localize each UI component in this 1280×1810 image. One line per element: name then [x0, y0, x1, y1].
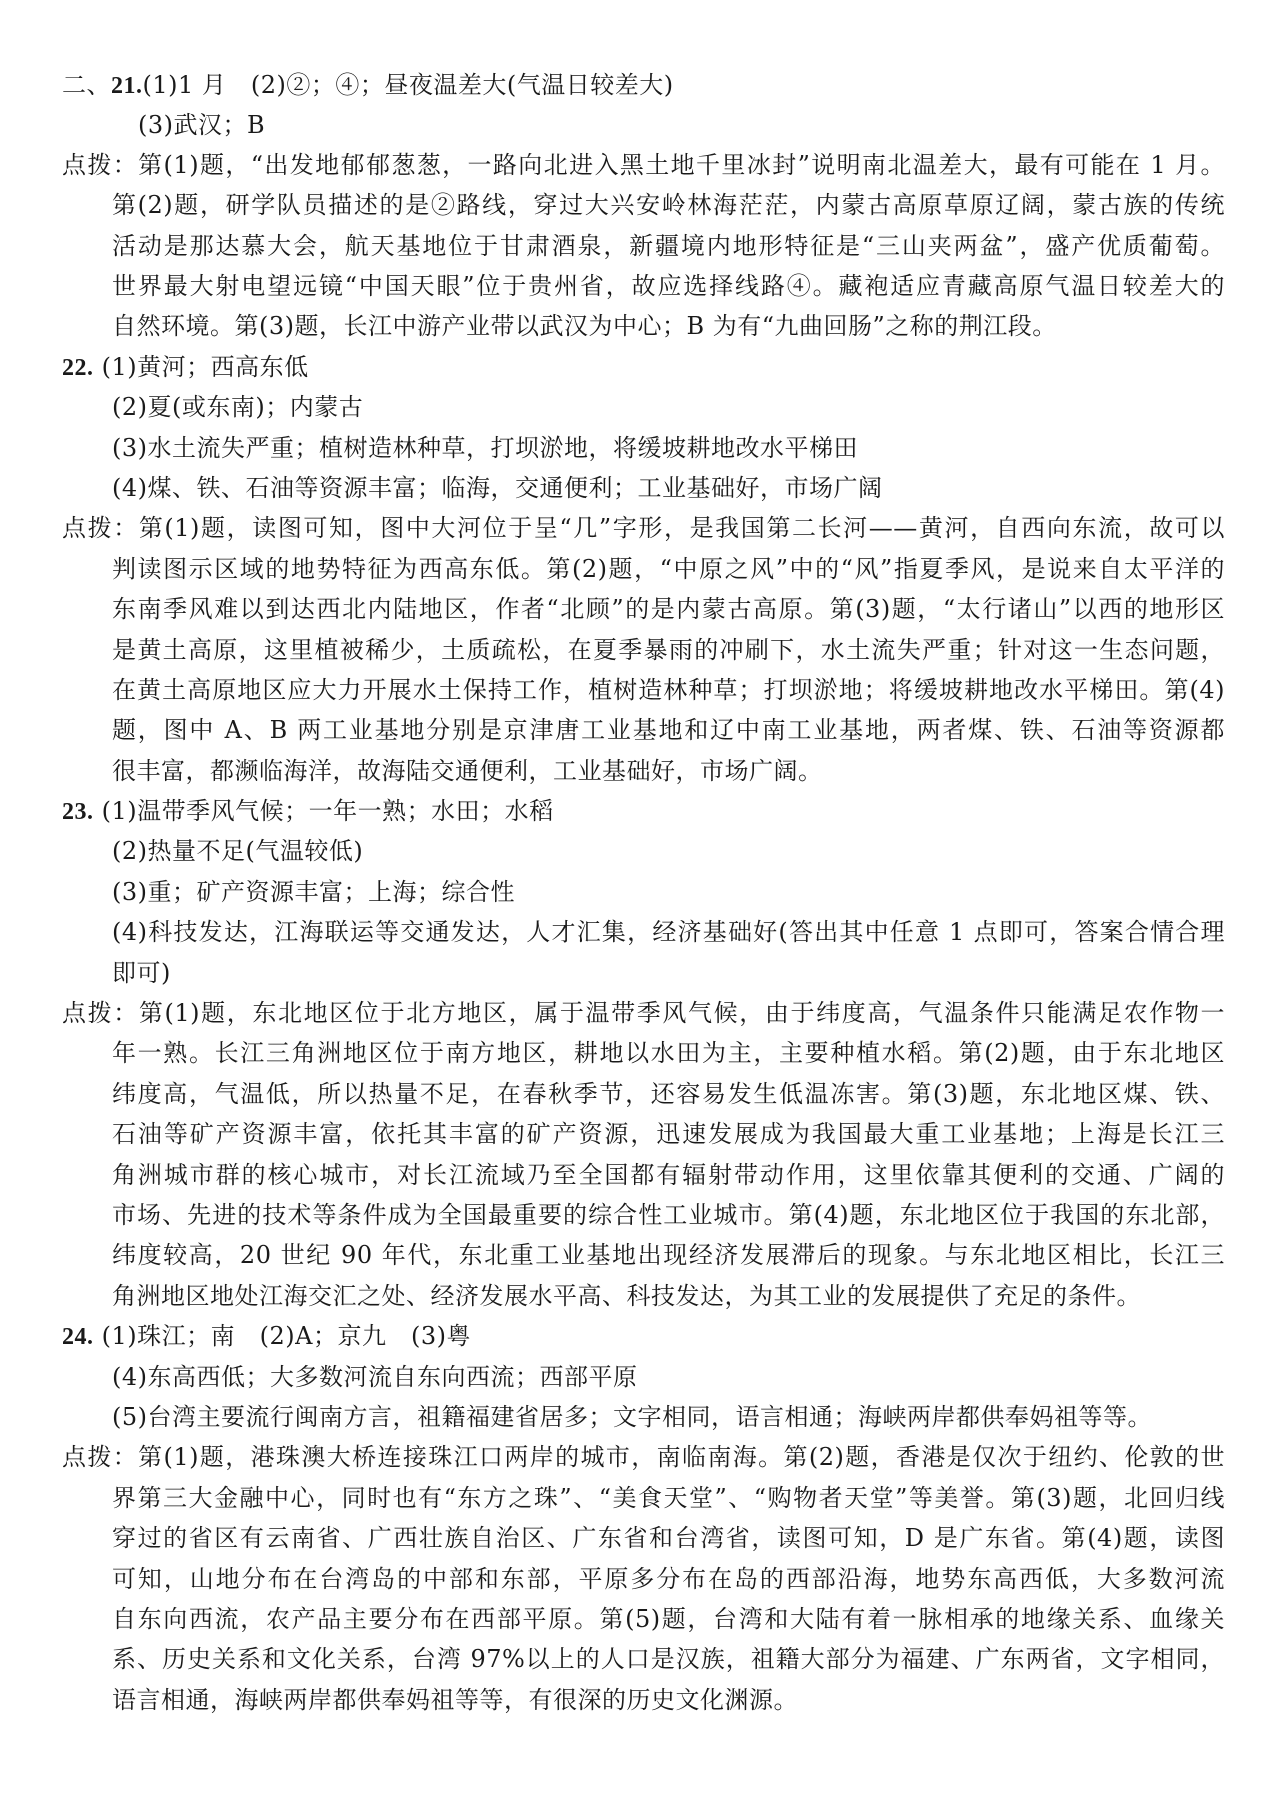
q24-comment-line-4: 可知，山地分布在台湾岛的中部和东部，平原多分布在岛的西部沿海，地势东高西低，大多… — [112, 1559, 1225, 1599]
q23-comment-line-1: 点拨：第(1)题，东北地区位于北方地区，属于温带季风气候，由于纬度高，气温条件只… — [62, 993, 1225, 1033]
q21-comment-line-4: 世界最大射电望远镜“中国天眼”位于贵州省，故应选择线路④。藏袍适应青藏高原气温日… — [112, 266, 1225, 306]
q23-comment-line-8: 角洲地区地处江海交汇之处、经济发展水平高、科技发达，为其工业的发展提供了充足的条… — [112, 1276, 1141, 1316]
q22-comment-line-1: 点拨：第(1)题，读图可知，图中大河位于呈“几”字形，是我国第二长河——黄河，自… — [62, 508, 1225, 548]
question-number: 24. — [62, 1324, 94, 1350]
q23-comment-line-5: 角洲城市群的核心城市，对长江流域乃至全国都有辐射带动作用，这里依靠其便利的交通、… — [112, 1155, 1225, 1195]
q23-comment-line-2: 年一熟。长江三角洲地区位于南方地区，耕地以水田为主，主要种植水稻。第(2)题，由… — [112, 1033, 1225, 1073]
q23-answer-line-1: 23. (1)温带季风气候；一年一熟；水田；水稻 — [62, 791, 554, 831]
q24-comment-line-7: 语言相通，海峡两岸都供奉妈祖等等，有很深的历史文化渊源。 — [112, 1680, 798, 1720]
q23-answer-line-4: (4)科技发达，江海联运等交通发达，人才汇集，经济基础好(答出其中任意 1 点即… — [112, 912, 1225, 952]
q21-comment-line-2: 第(2)题，研学队员描述的是②路线，穿过大兴安岭林海茫茫，内蒙古高原草原辽阔，蒙… — [112, 185, 1225, 225]
question-number: 21. — [111, 73, 143, 99]
q22-comment-line-2: 判读图示区域的地势特征为西高东低。第(2)题，“中原之风”中的“风”指夏季风，是… — [112, 549, 1225, 589]
q22-answer-line-1: 22. (1)黄河；西高东低 — [62, 347, 309, 387]
answer-key-page: 二、21.(1)1 月 (2)②；④；昼夜温差大(气温日较差大) (3)武汉；B… — [0, 0, 1280, 1810]
q23-answer-line-2: (2)热量不足(气温较低) — [112, 831, 363, 871]
comment-label: 点拨： — [62, 999, 139, 1027]
q21-comment-line-5: 自然环境。第(3)题，长江中游产业带以武汉为中心；B 为有“九曲回肠”之称的荆江… — [112, 306, 1057, 346]
q22-answer-line-2: (2)夏(或东南)；内蒙古 — [112, 387, 363, 427]
q22-comment-line-3: 东南季风难以到达西北内陆地区，作者“北顾”的是内蒙古高原。第(3)题，“太行诸山… — [112, 589, 1225, 629]
q23-answer-line-5: 即可) — [112, 953, 171, 993]
q23-comment-line-4: 石油等矿产资源丰富，依托其丰富的矿产资源，迅速发展成为我国最大重工业基地；上海是… — [112, 1114, 1225, 1154]
comment-label: 点拨： — [62, 514, 139, 542]
q23-answer-line-3: (3)重；矿产资源丰富；上海；综合性 — [112, 872, 515, 912]
q22-answer-line-3: (3)水土流失严重；植树造林种草，打坝淤地，将缓坡耕地改水平梯田 — [112, 428, 858, 468]
q24-answer-line-3: (5)台湾主要流行闽南方言，祖籍福建省居多；文字相同，语言相通；海峡两岸都供奉妈… — [112, 1397, 1152, 1437]
q22-answer-line-4: (4)煤、铁、石油等资源丰富；临海，交通便利；工业基础好，市场广阔 — [112, 468, 883, 508]
q24-comment-line-3: 穿过的省区有云南省、广西壮族自治区、广东省和台湾省，读图可知，D 是广东省。第(… — [112, 1518, 1225, 1558]
q24-comment-line-2: 界第三大金融中心，同时也有“东方之珠”、“美食天堂”、“购物者天堂”等美誉。第(… — [112, 1478, 1225, 1518]
section-label: 二、 — [62, 71, 111, 99]
q23-comment-line-6: 市场、先进的技术等条件成为全国最重要的综合性工业城市。第(4)题，东北地区位于我… — [112, 1195, 1225, 1235]
comment-label: 点拨： — [62, 1443, 138, 1471]
q21-answer-line-1: 二、21.(1)1 月 (2)②；④；昼夜温差大(气温日较差大) — [62, 65, 674, 105]
q24-answer-line-2: (4)东高西低；大多数河流自东向西流；西部平原 — [112, 1357, 638, 1397]
q21-comment-line-1: 点拨：第(1)题，“出发地郁郁葱葱，一路向北进入黑土地千里冰封”说明南北温差大，… — [62, 145, 1225, 185]
q22-comment-line-7: 很丰富，都濒临海洋，故海陆交通便利，工业基础好，市场广阔。 — [112, 751, 823, 791]
q22-comment-line-5: 在黄土高原地区应大力开展水土保持工作，植树造林种草；打坝淤地；将缓坡耕地改水平梯… — [112, 670, 1225, 710]
q24-comment-line-6: 系、历史关系和文化关系，台湾 97%以上的人口是汉族，祖籍大部分为福建、广东两省… — [112, 1639, 1225, 1679]
q22-comment-line-4: 是黄土高原，这里植被稀少，土质疏松，在夏季暴雨的冲刷下，水土流失严重；针对这一生… — [112, 630, 1225, 670]
q24-comment-line-5: 自东向西流，农产品主要分布在西部平原。第(5)题，台湾和大陆有着一脉相承的地缘关… — [112, 1599, 1225, 1639]
comment-label: 点拨： — [62, 151, 138, 179]
q23-comment-line-7: 纬度较高，20 世纪 90 年代，东北重工业基地出现经济发展滞后的现象。与东北地… — [112, 1235, 1225, 1275]
question-number: 23. — [62, 799, 94, 825]
q21-answer-line-2: (3)武汉；B — [138, 105, 265, 145]
q21-comment-line-3: 活动是那达慕大会，航天基地位于甘肃酒泉，新疆境内地形特征是“三山夹两盆”，盛产优… — [112, 226, 1225, 266]
q23-comment-line-3: 纬度高，气温低，所以热量不足，在春秋季节，还容易发生低温冻害。第(3)题，东北地… — [112, 1074, 1225, 1114]
q24-comment-line-1: 点拨：第(1)题，港珠澳大桥连接珠江口两岸的城市，南临南海。第(2)题，香港是仅… — [62, 1437, 1225, 1477]
q22-comment-line-6: 题，图中 A、B 两工业基地分别是京津唐工业基地和辽中南工业基地，两者煤、铁、石… — [112, 710, 1225, 750]
q24-answer-line-1: 24. (1)珠江；南 (2)A；京九 (3)粤 — [62, 1316, 471, 1356]
question-number: 22. — [62, 355, 94, 381]
